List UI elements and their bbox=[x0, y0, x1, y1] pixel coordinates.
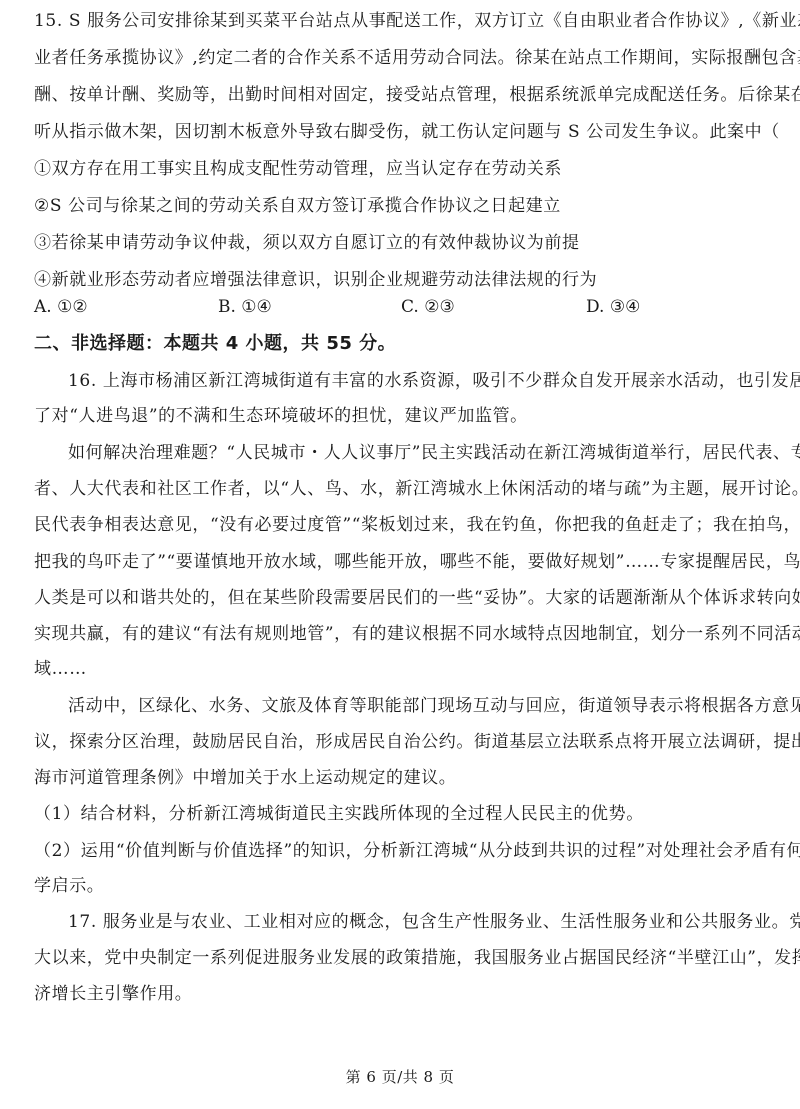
q16-paragraph-line: 了对“人进鸟退”的不满和生态环境破坏的担忧，建议严加监管。 bbox=[34, 405, 528, 427]
page-number: 第 6 页/共 8 页 bbox=[0, 1066, 800, 1087]
q16-paragraph-line: 议，探索分区治理，鼓励居民自治，形成居民自治公约。街道基层立法联系点将开展立法调… bbox=[34, 731, 768, 753]
q16-paragraph-line: 16. 上海市杨浦区新江湾城街道有丰富的水系资源，吸引不少群众自发开展亲水活动，… bbox=[34, 370, 768, 392]
q16-paragraph-line: 域…… bbox=[34, 658, 87, 680]
q15-stem-line: 15. S 服务公司安排徐某到买菜平台站点从事配送工作，双方订立《自由职业者合作… bbox=[34, 10, 768, 32]
q15-statement-1: ①双方存在用工事实且构成支配性劳动管理，应当认定存在劳动关系 bbox=[34, 158, 562, 180]
q15-stem-line: 酬、按单计酬、奖励等，出勤时间相对固定，接受站点管理，根据系统派单完成配送任务。… bbox=[34, 84, 768, 106]
q16-subquestion-2-cont: 学启示。 bbox=[34, 875, 104, 897]
q17-paragraph-line: 大以来，党中央制定一系列促进服务业发展的政策措施，我国服务业占据国民经济“半壁江… bbox=[34, 947, 768, 969]
q15-statement-3: ③若徐某申请劳动争议仲裁，须以双方自愿订立的有效仲裁协议为前提 bbox=[34, 232, 580, 254]
option-a: A. ①② bbox=[34, 296, 88, 318]
q16-paragraph-line: 实现共赢，有的建议“有法有规则地管”，有的建议根据不同水域特点因地制宜，划分一系… bbox=[34, 623, 768, 645]
q16-subquestion-2: （2）运用“价值判断与价值选择”的知识，分析新江湾城“从分歧到共识的过程”对处理… bbox=[34, 840, 768, 862]
q17-paragraph-line: 17. 服务业是与农业、工业相对应的概念，包含生产性服务业、生活性服务业和公共服… bbox=[34, 911, 768, 933]
q16-paragraph-line: 如何解决治理难题？“人民城市・人人议事厅”民主实践活动在新江湾城街道举行，居民代… bbox=[34, 442, 768, 464]
option-b: B. ①④ bbox=[218, 296, 272, 318]
option-c: C. ②③ bbox=[401, 296, 455, 318]
q15-statement-2: ②S 公司与徐某之间的劳动关系自双方签订承揽合作协议之日起建立 bbox=[34, 195, 561, 217]
q16-paragraph-line: 海市河道管理条例》中增加关于水上运动规定的建议。 bbox=[34, 767, 456, 789]
q16-paragraph-line: 活动中，区绿化、水务、文旅及体育等职能部门现场互动与回应，街道领导表示将根据各方… bbox=[34, 695, 768, 717]
q17-paragraph-line: 济增长主引擎作用。 bbox=[34, 983, 192, 1005]
q15-options: A. ①② B. ①④ C. ②③ D. ③④ bbox=[34, 296, 768, 318]
q15-stem-line: 听从指示做木架，因切割木板意外导致右脚受伤，就工伤认定问题与 S 公司发生争议。… bbox=[34, 121, 800, 143]
option-d: D. ③④ bbox=[586, 296, 640, 318]
q16-paragraph-line: 民代表争相表达意见，“没有必要过度管”“桨板划过来，我在钓鱼，你把我的鱼赶走了；… bbox=[34, 514, 768, 536]
q16-subquestion-1: （1）结合材料，分析新江湾城街道民主实践所体现的全过程人民民主的优势。 bbox=[34, 803, 644, 825]
q15-statement-4: ④新就业形态劳动者应增强法律意识，识别企业规避劳动法律法规的行为 bbox=[34, 269, 597, 291]
q16-paragraph-line: 把我的鸟吓走了”“要谨慎地开放水域，哪些能开放，哪些不能，要做好规划”……专家提… bbox=[34, 551, 768, 573]
section-heading: 二、非选择题：本题共 4 小题，共 55 分。 bbox=[34, 333, 396, 355]
q16-paragraph-line: 者、人大代表和社区工作者，以“人、鸟、水，新江湾城水上休闲活动的堵与疏”为主题，… bbox=[34, 478, 768, 500]
q16-paragraph-line: 人类是可以和谐共处的，但在某些阶段需要居民们的一些“妥协”。大家的话题渐渐从个体… bbox=[34, 587, 768, 609]
q15-stem-line: 业者任务承揽协议》,约定二者的合作关系不适用劳动合同法。徐某在站点工作期间，实际… bbox=[34, 47, 768, 69]
